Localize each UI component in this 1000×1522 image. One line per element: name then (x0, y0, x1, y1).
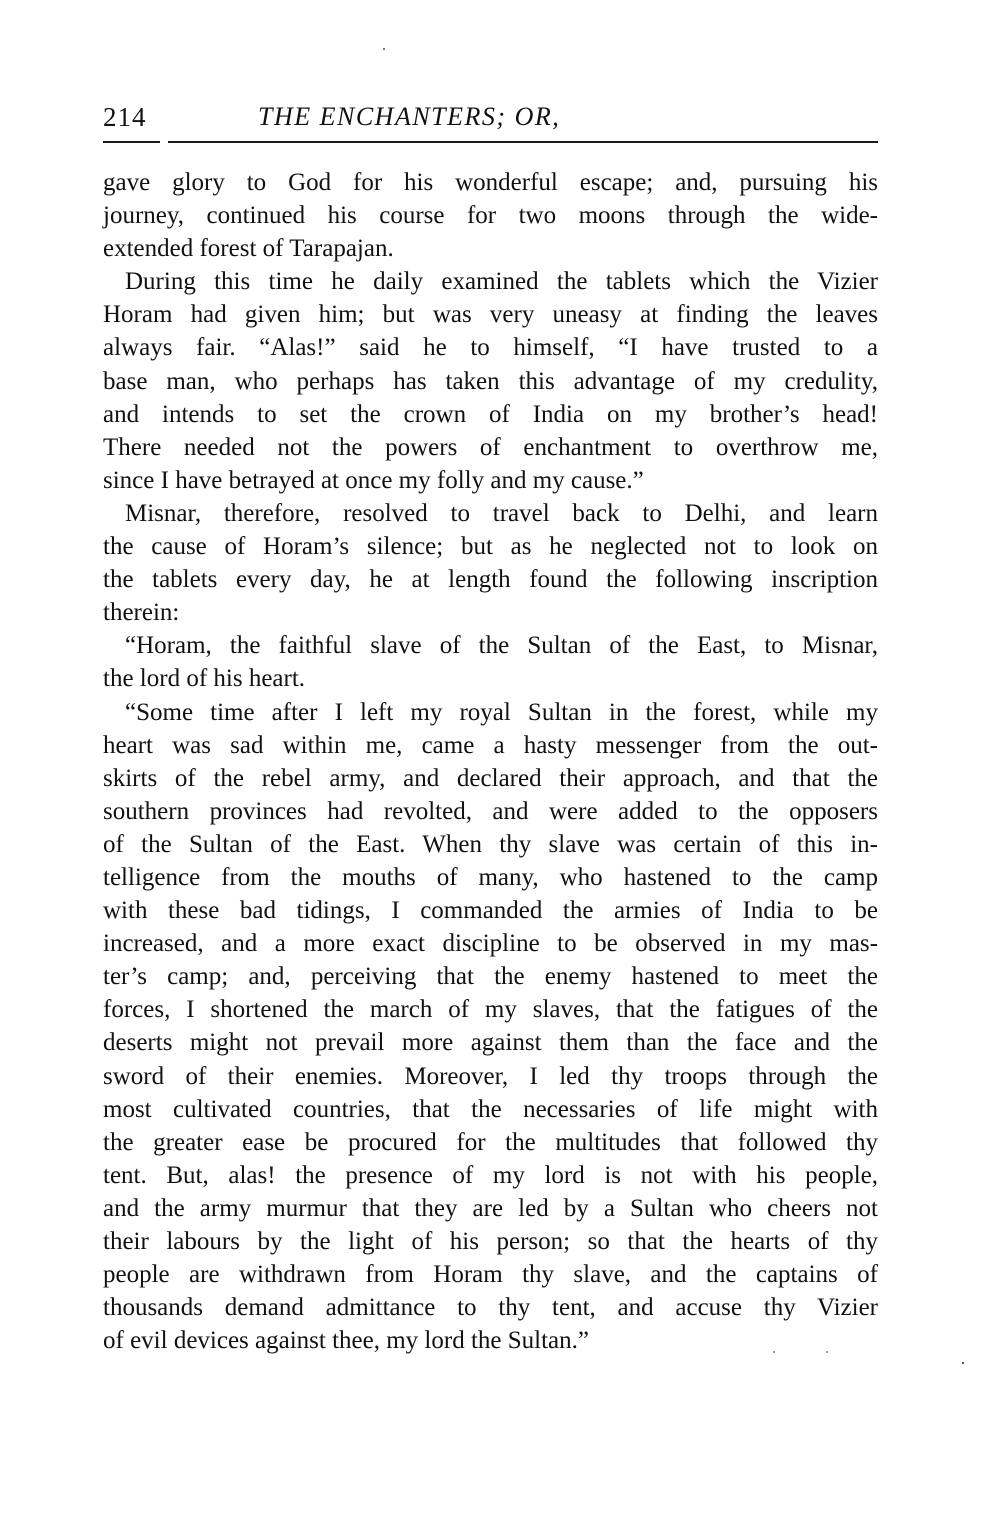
text-line: the cause of Horam’s silence; but as he … (103, 530, 878, 563)
scan-speck (962, 1362, 964, 1364)
text-line: the tablets every day, he at length foun… (103, 563, 878, 596)
text-line: extended forest of Tarapajan. (103, 232, 878, 265)
running-head: 214 THE ENCHANTERS; OR, (103, 100, 878, 134)
header-rule (103, 141, 878, 143)
text-line: and the army murmur that they are led by… (103, 1192, 878, 1225)
text-line: “Some time after I left my royal Sultan … (103, 696, 878, 729)
text-line: “Horam, the faithful slave of the Sultan… (103, 629, 878, 662)
text-line: journey, continued his course for two mo… (103, 199, 878, 232)
text-line: There needed not the powers of enchantme… (103, 431, 878, 464)
body-text: gave glory to God for his wonderful esca… (103, 166, 878, 1357)
scan-speck (773, 1351, 775, 1353)
text-line: telligence from the mouths of many, who … (103, 861, 878, 894)
text-line: southern provinces had revolted, and wer… (103, 795, 878, 828)
text-line: increased, and a more exact discipline t… (103, 927, 878, 960)
text-line: tent. But, alas! the presence of my lord… (103, 1159, 878, 1192)
text-line: gave glory to God for his wonderful esca… (103, 166, 878, 199)
book-page: 214 THE ENCHANTERS; OR, gave glory to Go… (0, 0, 1000, 1522)
page-number: 214 (103, 100, 147, 134)
scan-speck (826, 1351, 828, 1353)
text-line: deserts might not prevail more against t… (103, 1026, 878, 1059)
text-line: with these bad tidings, I commanded the … (103, 894, 878, 927)
header-rule-gap (160, 140, 168, 144)
text-line: thousands demand admittance to thy tent,… (103, 1291, 878, 1324)
text-line: base man, who perhaps has taken this adv… (103, 365, 878, 398)
text-line: the lord of his heart. (103, 662, 878, 695)
text-line: skirts of the rebel army, and declared t… (103, 762, 878, 795)
text-line: Horam had given him; but was very uneasy… (103, 298, 878, 331)
text-line: therein: (103, 596, 878, 629)
text-line: people are withdrawn from Horam thy slav… (103, 1258, 878, 1291)
text-line: sword of their enemies. Moreover, I led … (103, 1060, 878, 1093)
text-line: since I have betrayed at once my folly a… (103, 464, 878, 497)
text-line: most cultivated countries, that the nece… (103, 1093, 878, 1126)
text-line: ter’s camp; and, perceiving that the ene… (103, 960, 878, 993)
running-title: THE ENCHANTERS; OR, (258, 100, 560, 134)
text-line: of the Sultan of the East. When thy slav… (103, 828, 878, 861)
text-line: and intends to set the crown of India on… (103, 398, 878, 431)
text-line: the greater ease be procured for the mul… (103, 1126, 878, 1159)
text-line: Misnar, therefore, resolved to travel ba… (103, 497, 878, 530)
text-line: forces, I shortened the march of my slav… (103, 993, 878, 1026)
scan-speck (383, 48, 385, 50)
text-line: always fair. “Alas!” said he to himself,… (103, 331, 878, 364)
text-line: their labours by the light of his person… (103, 1225, 878, 1258)
text-line: During this time he daily examined the t… (103, 265, 878, 298)
text-line: of evil devices against thee, my lord th… (103, 1324, 878, 1357)
text-line: heart was sad within me, came a hasty me… (103, 729, 878, 762)
